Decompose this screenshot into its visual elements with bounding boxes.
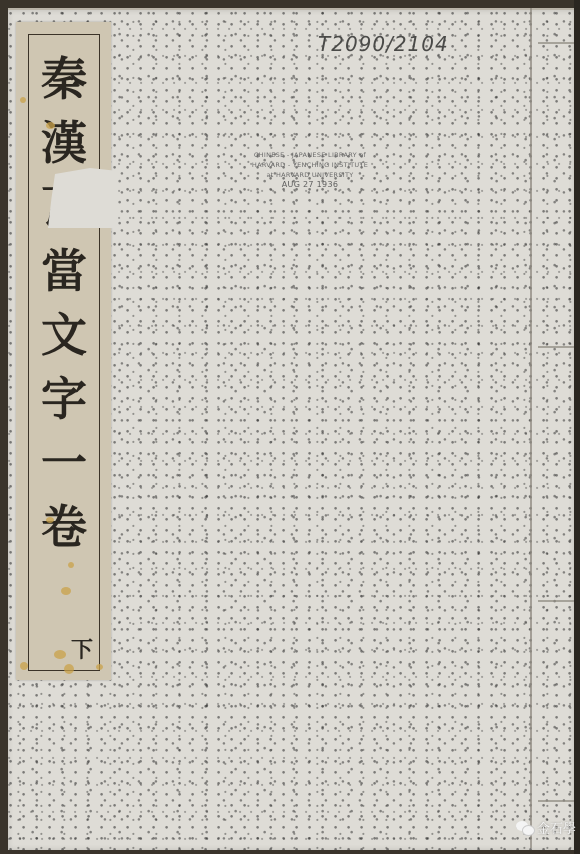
book-title: 秦 漢 瓦 當 文 字 一 卷 [29, 47, 99, 559]
stamp-date: AUG 27 1936 [250, 180, 370, 190]
foxing-stain [68, 562, 74, 568]
binding-stitch [538, 600, 574, 602]
foxing-stain [20, 662, 28, 670]
binding-stitch [538, 800, 574, 802]
foxing-stain [64, 664, 74, 674]
title-char: 字 [41, 367, 87, 431]
foxing-stain [20, 97, 26, 103]
foxing-stain [46, 517, 54, 523]
stamp-line: CHINESE - JAPANESE LIBRARY of [250, 150, 370, 160]
stamp-line: at HARVARD UNIVERSITY [250, 170, 370, 180]
wechat-icon [516, 821, 534, 835]
foxing-stain [96, 664, 103, 670]
spine-edge [574, 0, 580, 854]
binding-stitch [538, 346, 574, 348]
call-number: T2090/2104 [318, 32, 449, 56]
binding-stitch [538, 42, 574, 44]
foxing-stain [61, 587, 71, 595]
title-char: 卷 [41, 495, 87, 559]
title-char: 漢 [41, 111, 87, 175]
title-label-border: 秦 漢 瓦 當 文 字 一 卷 下 [28, 34, 100, 671]
title-label-slip: 秦 漢 瓦 當 文 字 一 卷 下 [16, 22, 111, 680]
title-char: 文 [41, 303, 87, 367]
volume-marker: 下 [71, 633, 93, 664]
binding-line [530, 8, 532, 848]
label-tear [48, 168, 118, 228]
watermark: 金石學 [516, 818, 576, 837]
title-char: 秦 [41, 47, 87, 111]
title-char: 當 [41, 239, 87, 303]
title-char: 一 [41, 431, 87, 495]
library-stamp: CHINESE - JAPANESE LIBRARY of HARVARD - … [250, 150, 370, 190]
foxing-stain [54, 650, 66, 659]
stamp-line: HARVARD - YENCHING INSTITUTE [250, 160, 370, 170]
watermark-text: 金石學 [537, 818, 576, 837]
foxing-stain [46, 122, 55, 129]
